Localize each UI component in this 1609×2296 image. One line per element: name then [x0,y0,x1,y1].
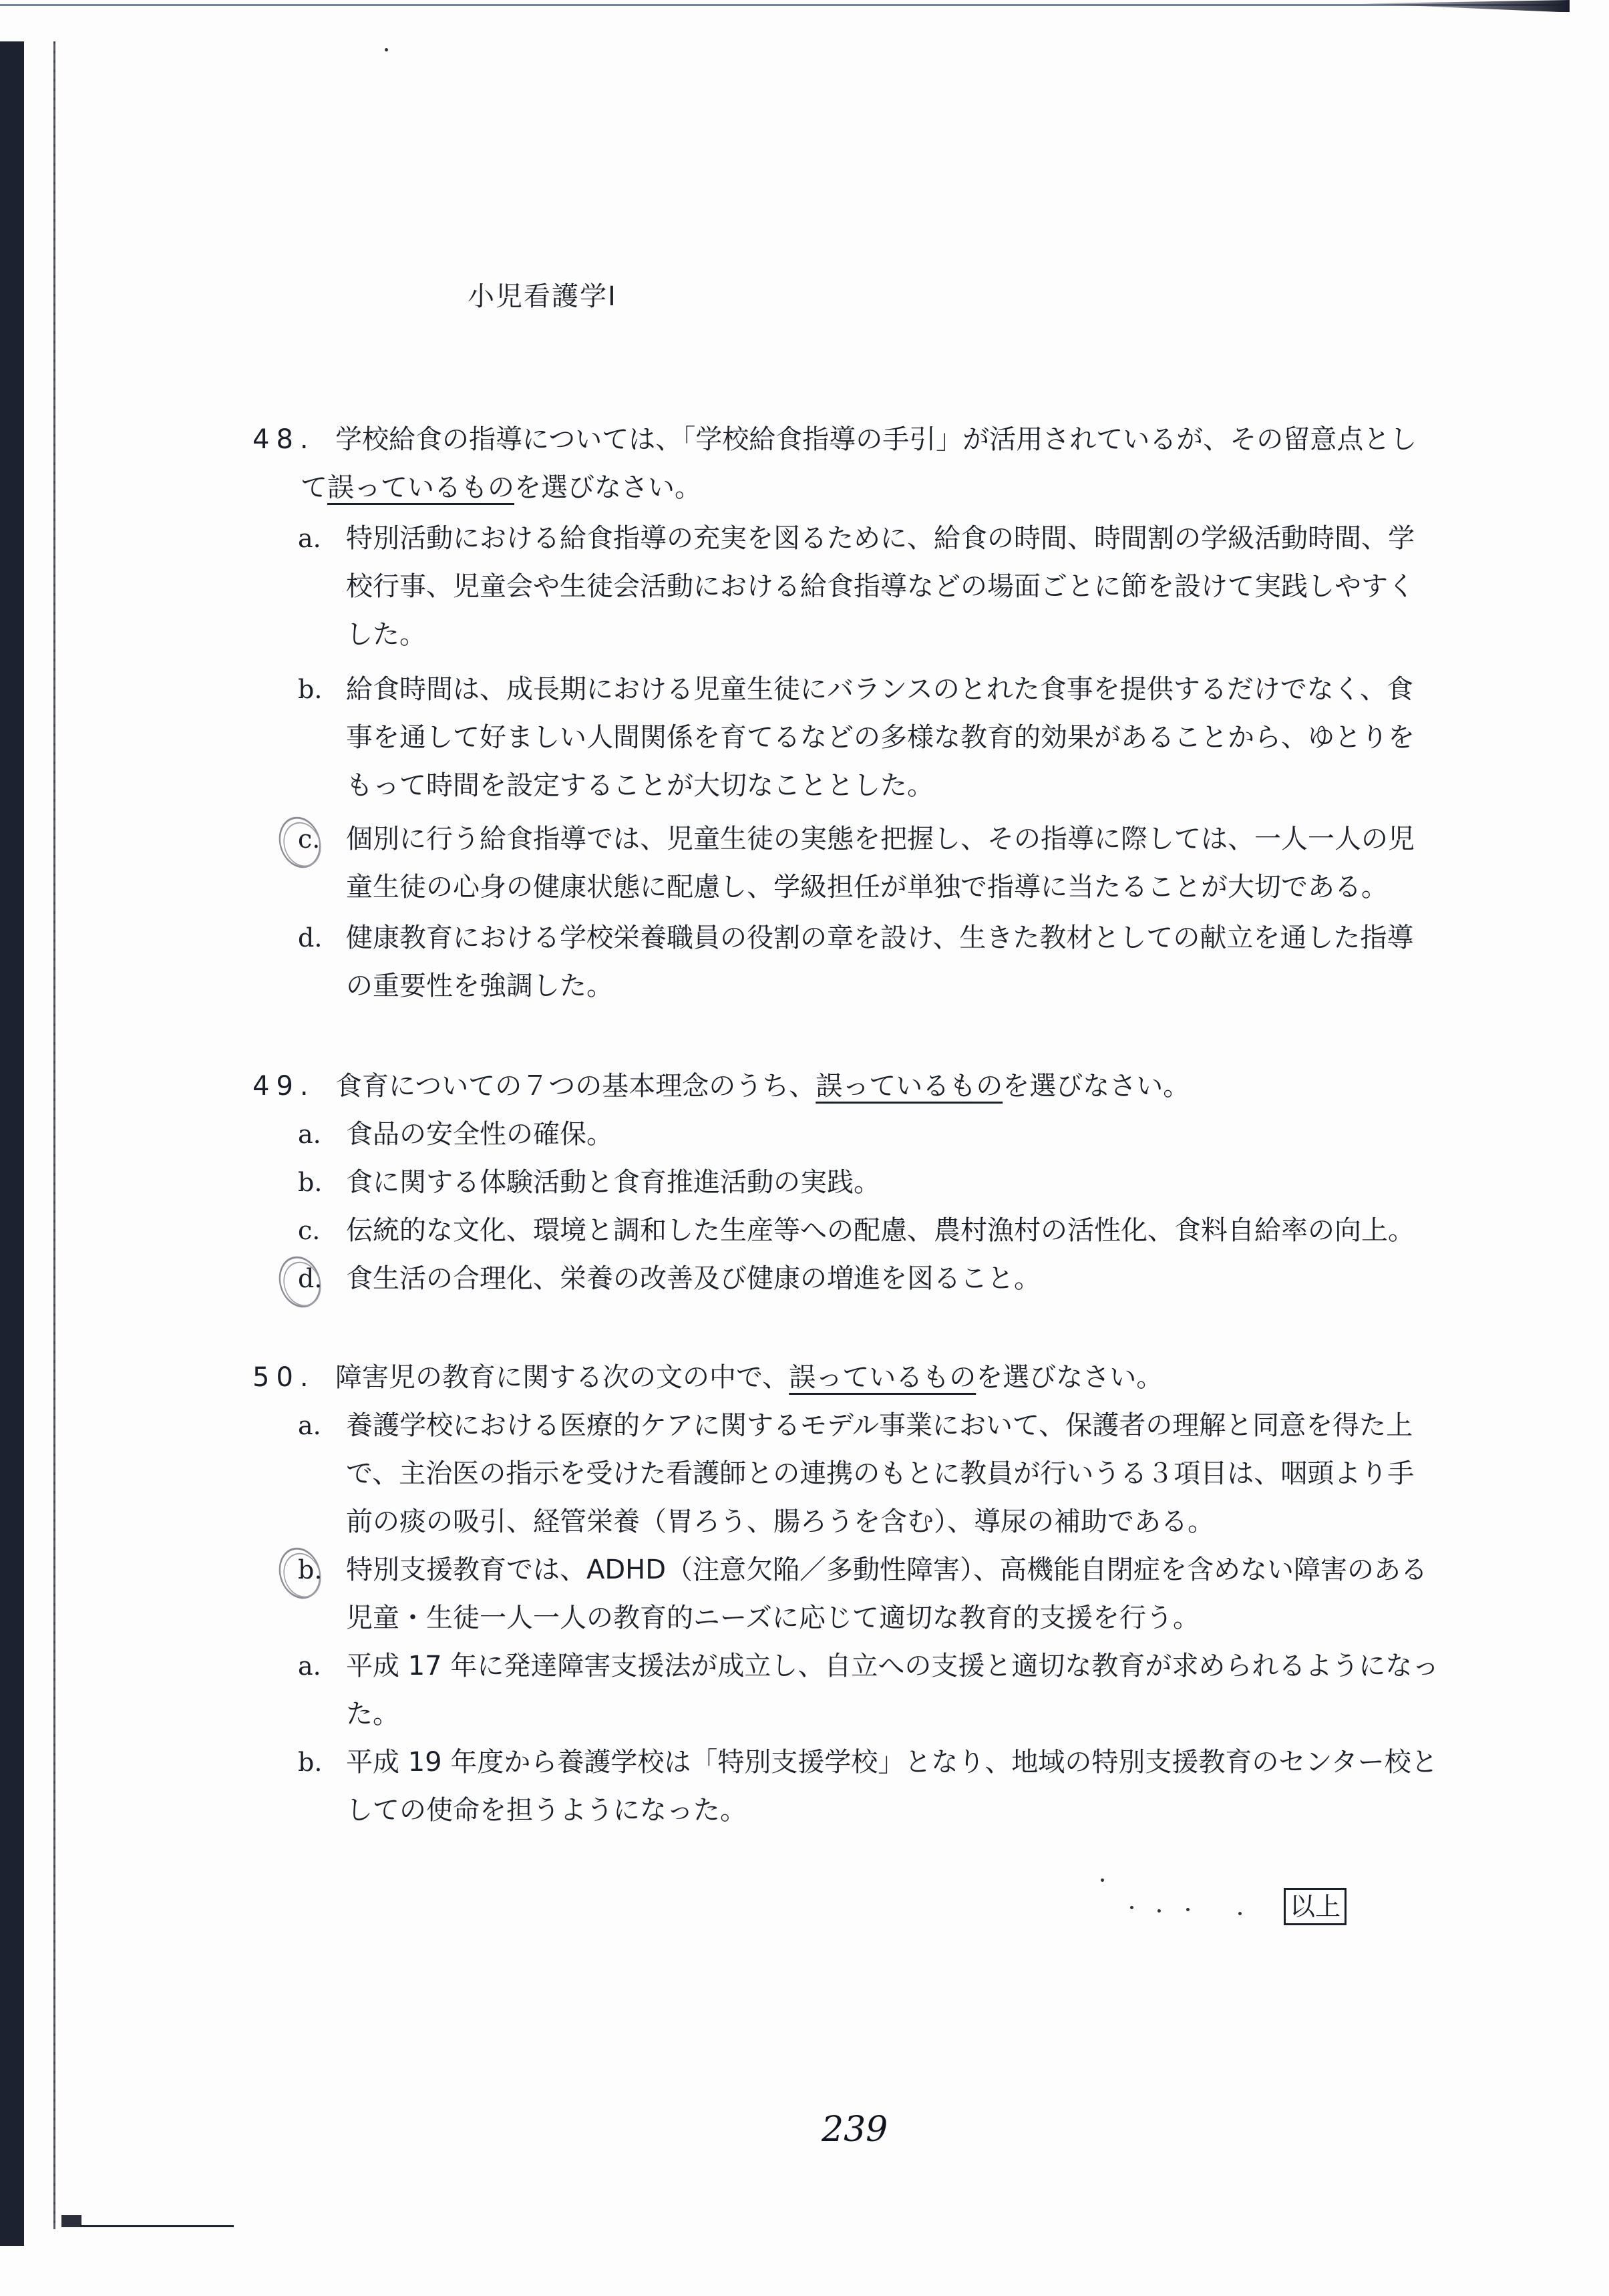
scan-speck [1130,1906,1133,1909]
scan-edge-left-bar [0,41,24,2246]
option-text-line: 校行事、児童会や生徒会活動における給食指導などの場面ごとに節を設けて実践しやすく [346,562,1495,611]
option-letter: b. [298,665,331,713]
option-letter: c. [298,815,331,863]
stem-text: て [301,472,327,503]
option-49-d[interactable]: d. 食生活の合理化、栄養の改善及び健康の増進を図ること。 [252,1255,1495,1303]
option-letter: b. [298,1546,331,1594]
option-letter: d. [298,914,331,962]
stem-text: を選びなさい。 [1003,1071,1190,1102]
option-letter: b. [298,1738,331,1786]
stem-text: 障害児の教育に関する次の文の中で、 [335,1362,789,1393]
question-number: 50. [252,1353,335,1402]
option-text-line: 健康教育における学校栄養職員の役割の章を設け、生きた教材としての献立を通した指導 [346,914,1495,962]
scan-speck [1101,1878,1104,1882]
option-letter: a. [298,1402,331,1450]
option-text-line: 童生徒の心身の健康状態に配慮し、学級担任が単独で指導に当たることが大切である。 [346,863,1495,911]
question-number: 48. [252,416,335,464]
option-text-line: 平成 19 年度から養護学校は「特別支援学校」となり、地域の特別支援教育のセンタ… [346,1738,1495,1786]
option-text-line: で、主治医の指示を受けた看護師との連携のもとに教員が行いうる３項目は、咽頭より手 [346,1450,1495,1498]
stem-underlined-keyword: 誤っているもの [327,472,514,503]
option-text-line: 給食時間は、成長期における児童生徒にバランスのとれた食事を提供するだけでなく、食 [346,665,1495,713]
question-48: 48.学校給食の指導については、「学校給食指導の手引」が活用されているが、その留… [252,416,1495,1010]
handwritten-page-number: 239 [822,2110,888,2150]
scan-speck [1157,1909,1161,1913]
option-49-c[interactable]: c. 伝統的な文化、環境と調和した生産等への配慮、農村漁村の活性化、食料自給率の… [252,1206,1495,1255]
option-50-a2[interactable]: a. 平成 17 年に発達障害支援法が成立し、自立への支援と適切な教育が求められ… [252,1642,1495,1738]
option-text-line: た。 [346,1690,1495,1738]
option-49-b[interactable]: b. 食に関する体験活動と食育推進活動の実践。 [252,1158,1495,1206]
option-text-line: 前の痰の吸引、経管栄養（胃ろう、腸ろうを含む）、導尿の補助である。 [346,1498,1495,1546]
option-text-line: 児童・生徒一人一人の教育的ニーズに応じて適切な教育的支援を行う。 [346,1594,1495,1642]
option-48-c[interactable]: c. 個別に行う給食指導では、児童生徒の実態を把握し、その指導に際しては、一人一… [252,815,1495,911]
question-number: 49. [252,1062,335,1110]
option-text-line: の重要性を強調した。 [346,962,1495,1010]
option-text-line: 食に関する体験活動と食育推進活動の実践。 [346,1158,1495,1206]
scan-edge-left-dots [53,41,55,2226]
option-text-line: 事を通して好ましい人間関係を育てるなどの多様な教育的効果があることから、ゆとりを [346,713,1495,762]
scan-speck [1186,1908,1190,1911]
option-letter: a. [298,514,331,562]
option-text-line: 平成 17 年に発達障害支援法が成立し、自立への支援と適切な教育が求められるよう… [346,1642,1495,1690]
option-text-line: 個別に行う給食指導では、児童生徒の実態を把握し、その指導に際しては、一人一人の児 [346,815,1495,863]
scan-speck [1238,1912,1242,1915]
option-letter: d. [298,1255,331,1303]
option-text-line: した。 [346,611,1495,659]
option-48-d[interactable]: d. 健康教育における学校栄養職員の役割の章を設け、生きた教材としての献立を通し… [252,914,1495,1010]
scan-edge-bottom-block [61,2215,81,2227]
option-48-b[interactable]: b. 給食時間は、成長期における児童生徒にバランスのとれた食事を提供するだけでな… [252,665,1495,810]
option-letter: b. [298,1158,331,1206]
option-letter: a. [298,1642,331,1690]
option-49-a[interactable]: a. 食品の安全性の確保。 [252,1110,1495,1158]
option-50-b[interactable]: b. 特別支援教育では、ADHD（注意欠陥／多動性障害）、高機能自閉症を含めない… [252,1546,1495,1642]
scan-edge-bottom-line [80,2225,234,2227]
option-text-line: 食品の安全性の確保。 [346,1110,1495,1158]
question-50: 50.障害児の教育に関する次の文の中で、誤っているものを選びなさい。 a. 養護… [252,1353,1495,1834]
stem-text: を選びなさい。 [514,472,701,503]
option-text-line: もって時間を設定することが大切なこととした。 [346,762,1495,810]
option-text-line: 養護学校における医療的ケアに関するモデル事業において、保護者の理解と同意を得た上 [346,1402,1495,1450]
scan-edge-top [0,4,1563,6]
option-text-line: 伝統的な文化、環境と調和した生産等への配慮、農村漁村の活性化、食料自給率の向上。 [346,1206,1495,1255]
stem-underlined-keyword: 誤っているもの [816,1071,1003,1102]
stem-text: 食育についての７つの基本理念のうち、 [335,1071,816,1102]
document-title: 小児看護学Ⅰ [468,275,617,313]
scan-edge-top-right [1363,0,1570,12]
option-text-line: 特別活動における給食指導の充実を図るために、給食の時間、時間割の学級活動時間、学 [346,514,1495,562]
option-text-line: しての使命を担うようになった。 [346,1786,1495,1834]
question-stem: 50.障害児の教育に関する次の文の中で、誤っているものを選びなさい。 [252,1353,1495,1402]
stem-text: 学校給食の指導については、「学校給食指導の手引」が活用されているが、その留意点と… [335,424,1417,455]
question-stem: 48.学校給食の指導については、「学校給食指導の手引」が活用されているが、その留… [252,416,1495,464]
option-letter: c. [298,1206,331,1255]
question-stem-line2: て誤っているものを選びなさい。 [218,464,1495,512]
option-text-line: 特別支援教育では、ADHD（注意欠陥／多動性障害）、高機能自閉症を含めない障害の… [346,1546,1495,1594]
stem-underlined-keyword: 誤っているもの [789,1362,976,1393]
scan-speck [385,48,388,51]
question-stem: 49.食育についての７つの基本理念のうち、誤っているものを選びなさい。 [252,1062,1495,1110]
option-letter: a. [298,1110,331,1158]
option-50-b2[interactable]: b. 平成 19 年度から養護学校は「特別支援学校」となり、地域の特別支援教育の… [252,1738,1495,1834]
stem-text: を選びなさい。 [976,1362,1163,1393]
option-50-a[interactable]: a. 養護学校における医療的ケアに関するモデル事業において、保護者の理解と同意を… [252,1402,1495,1546]
option-48-a[interactable]: a. 特別活動における給食指導の充実を図るために、給食の時間、時間割の学級活動時… [252,514,1495,659]
option-text-line: 食生活の合理化、栄養の改善及び健康の増進を図ること。 [346,1255,1495,1303]
end-mark-boxed: 以上 [1284,1888,1347,1925]
question-49: 49.食育についての７つの基本理念のうち、誤っているものを選びなさい。 a. 食… [252,1062,1495,1303]
